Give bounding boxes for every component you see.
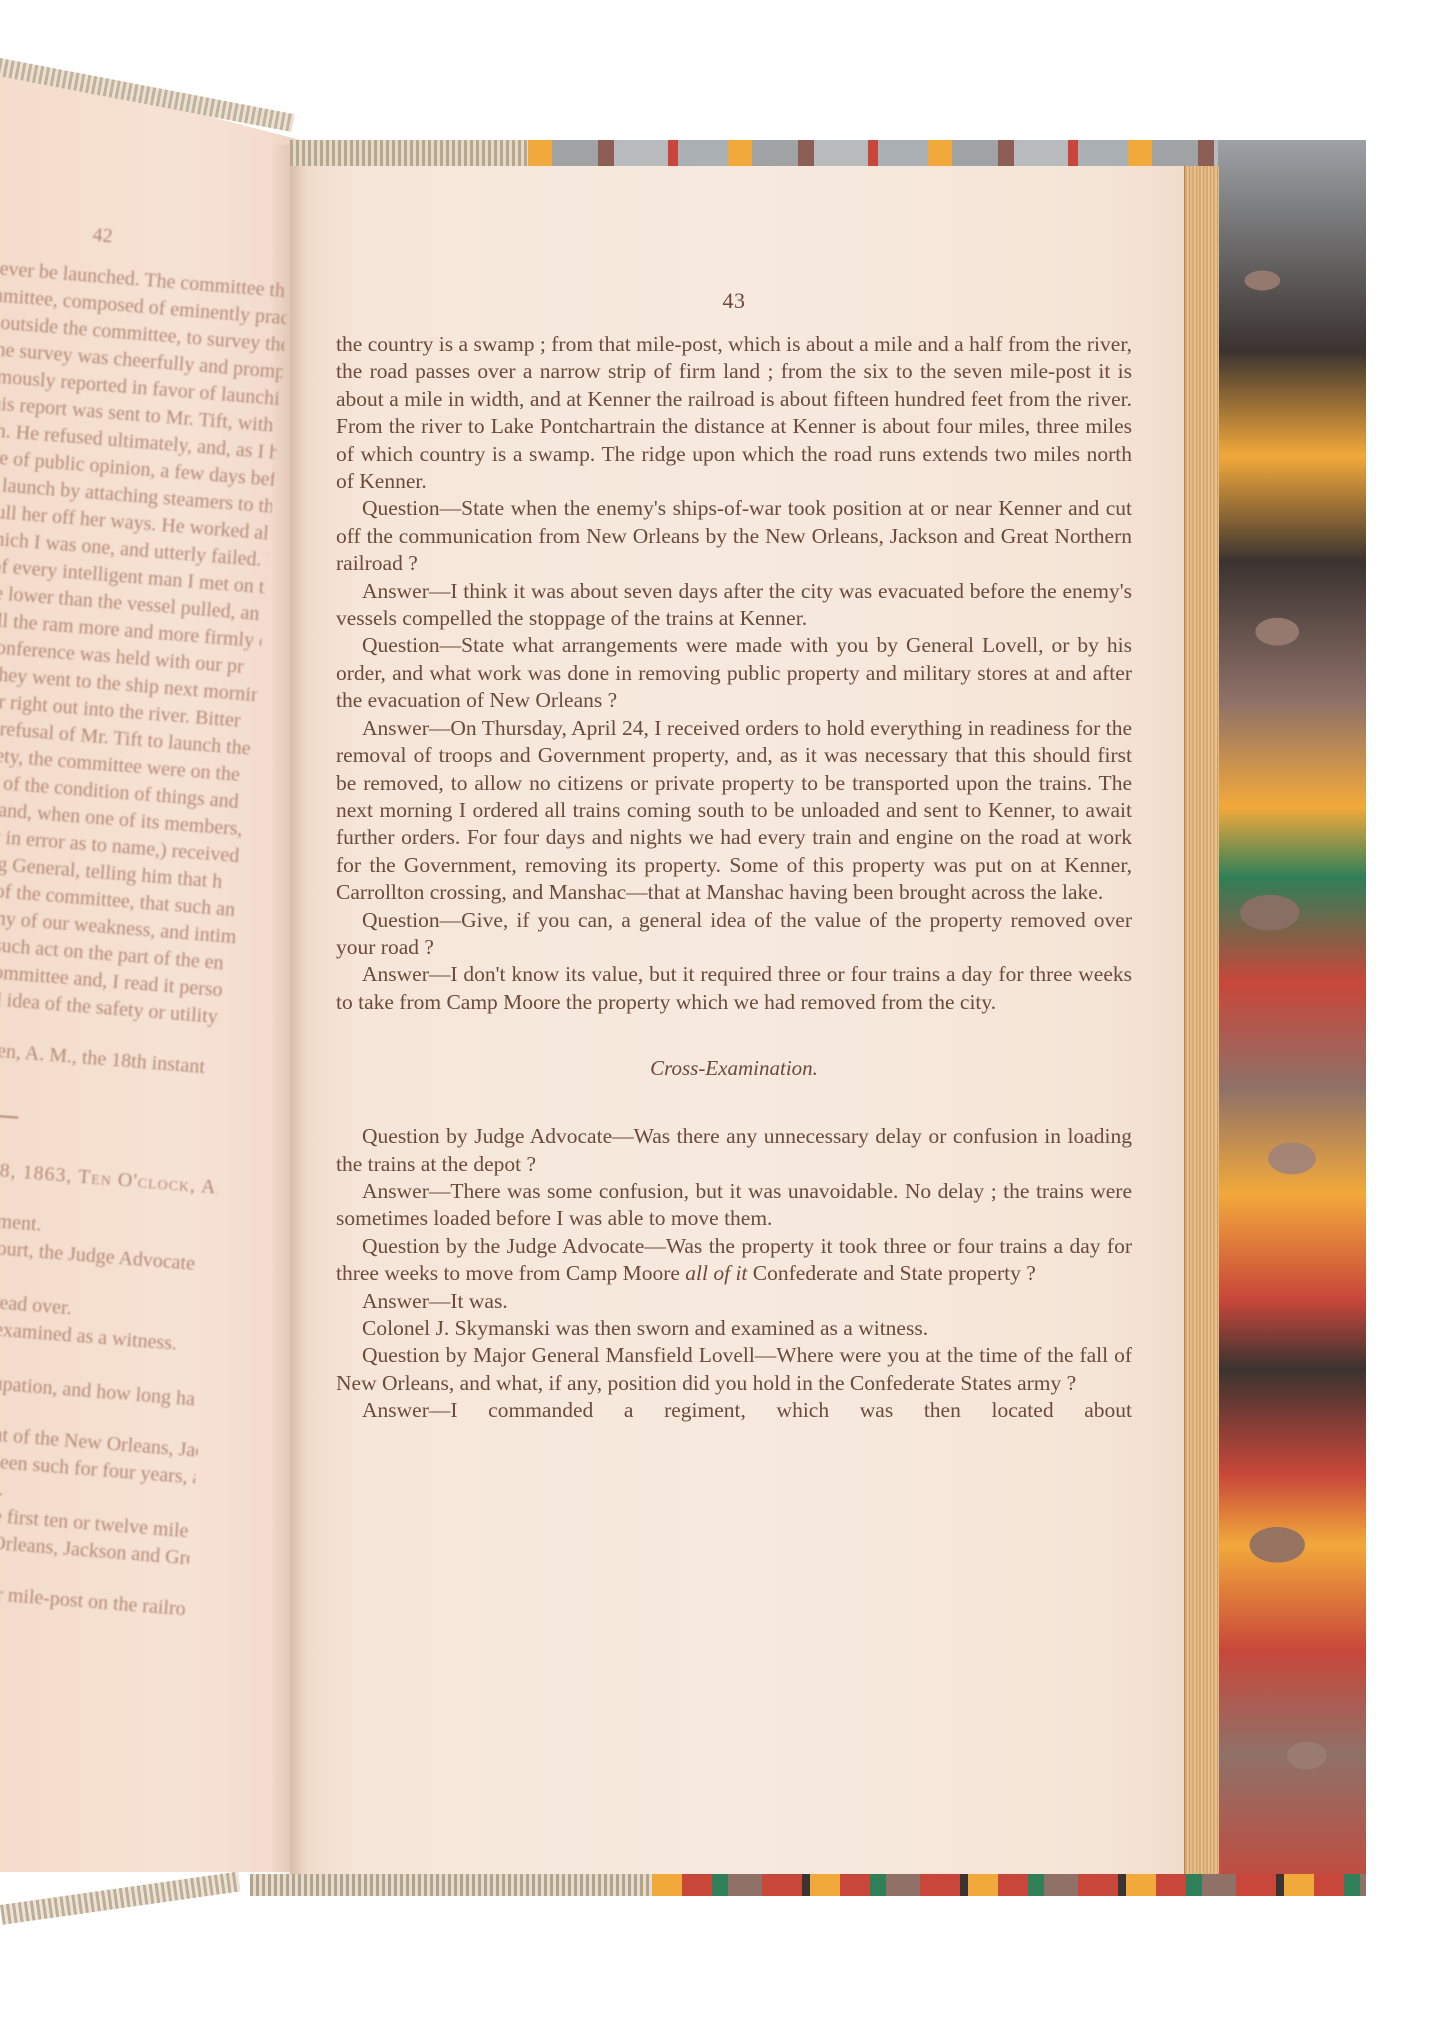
paragraph-answer: Answer—It was. [336, 1288, 1132, 1315]
paragraph-answer: Answer—On Thursday, April 24, I received… [336, 715, 1132, 907]
question-text-end: Confederate and State property ? [747, 1261, 1035, 1285]
section-heading-cross-examination: Cross-Examination. [336, 1056, 1132, 1081]
paragraph-question: Question—State what arrangements were ma… [336, 632, 1132, 714]
paragraph-question: Question by Major General Mansfield Love… [336, 1342, 1132, 1397]
left-cloth-binding-bottom [0, 1872, 240, 1925]
marbled-board-right [1218, 140, 1366, 1896]
section-rule [0, 1112, 18, 1118]
book-photo: 42 never be launched. The committee th m… [0, 0, 1445, 2023]
paragraph-question: Question—State when the enemy's ships-of… [336, 495, 1132, 577]
paragraph-answer: Answer—I don't know its value, but it re… [336, 961, 1132, 1016]
marbled-board-bottom [652, 1874, 1366, 1896]
page-number: 43 [336, 288, 1132, 314]
paragraph-question: Question by the Judge Advocate—Was the p… [336, 1233, 1132, 1288]
cloth-binding-top [290, 140, 528, 166]
paragraph-answer: Answer—I commanded a regiment, which was… [336, 1397, 1132, 1424]
paragraph: the country is a swamp ; from that mile-… [336, 331, 1132, 495]
page-fore-edge [1184, 166, 1219, 1874]
italic-emphasis: all of it [685, 1261, 747, 1285]
paragraph-answer: Answer—There was some confusion, but it … [336, 1178, 1132, 1233]
paragraph-question: Question by Judge Advocate—Was there any… [336, 1123, 1132, 1178]
cloth-binding-bottom [250, 1874, 652, 1896]
paragraph-witness-sworn: Colonel J. Skymanski was then sworn and … [336, 1315, 1132, 1342]
right-page-gutter-shadow [290, 166, 308, 1874]
paragraph-answer: Answer—I think it was about seven days a… [336, 578, 1132, 633]
paragraph-question: Question—Give, if you can, a general ide… [336, 907, 1132, 962]
right-page-text: 43 the country is a swamp ; from that mi… [336, 288, 1132, 1425]
